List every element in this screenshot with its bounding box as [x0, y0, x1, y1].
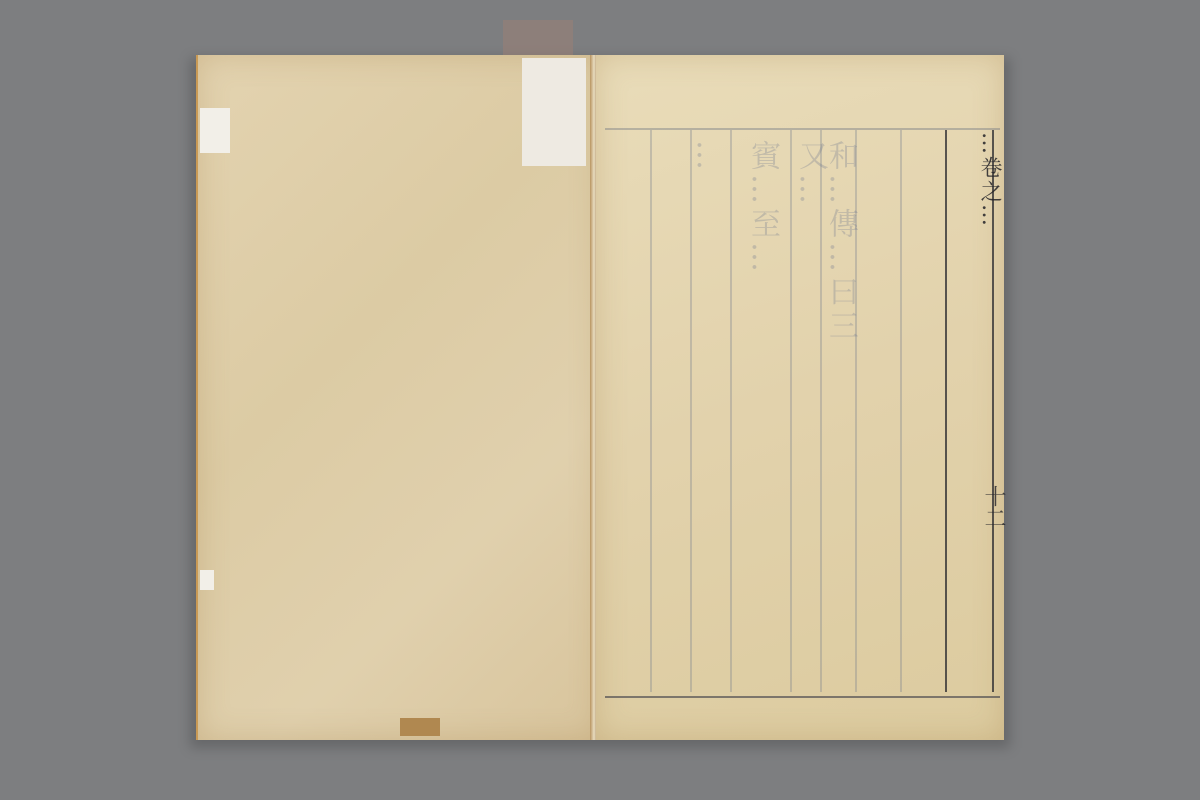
margin-title: …卷之… — [974, 132, 1005, 228]
tear-mark — [200, 570, 214, 590]
print-frame — [605, 128, 1000, 698]
column-line — [650, 130, 652, 692]
page-number: 十二 — [978, 485, 1009, 529]
ghost-text-column: 又… — [788, 140, 832, 208]
column-line — [690, 130, 692, 692]
tear-mark — [400, 718, 440, 736]
column-line — [790, 130, 792, 692]
column-line — [945, 130, 947, 692]
tear-mark — [200, 108, 230, 153]
column-line — [900, 130, 902, 692]
ghost-text-column: 賓…至… — [740, 140, 784, 276]
column-line — [730, 130, 732, 692]
ghost-text-column: … — [690, 140, 725, 174]
color-tab — [503, 20, 573, 60]
torn-white-patch — [522, 58, 586, 166]
